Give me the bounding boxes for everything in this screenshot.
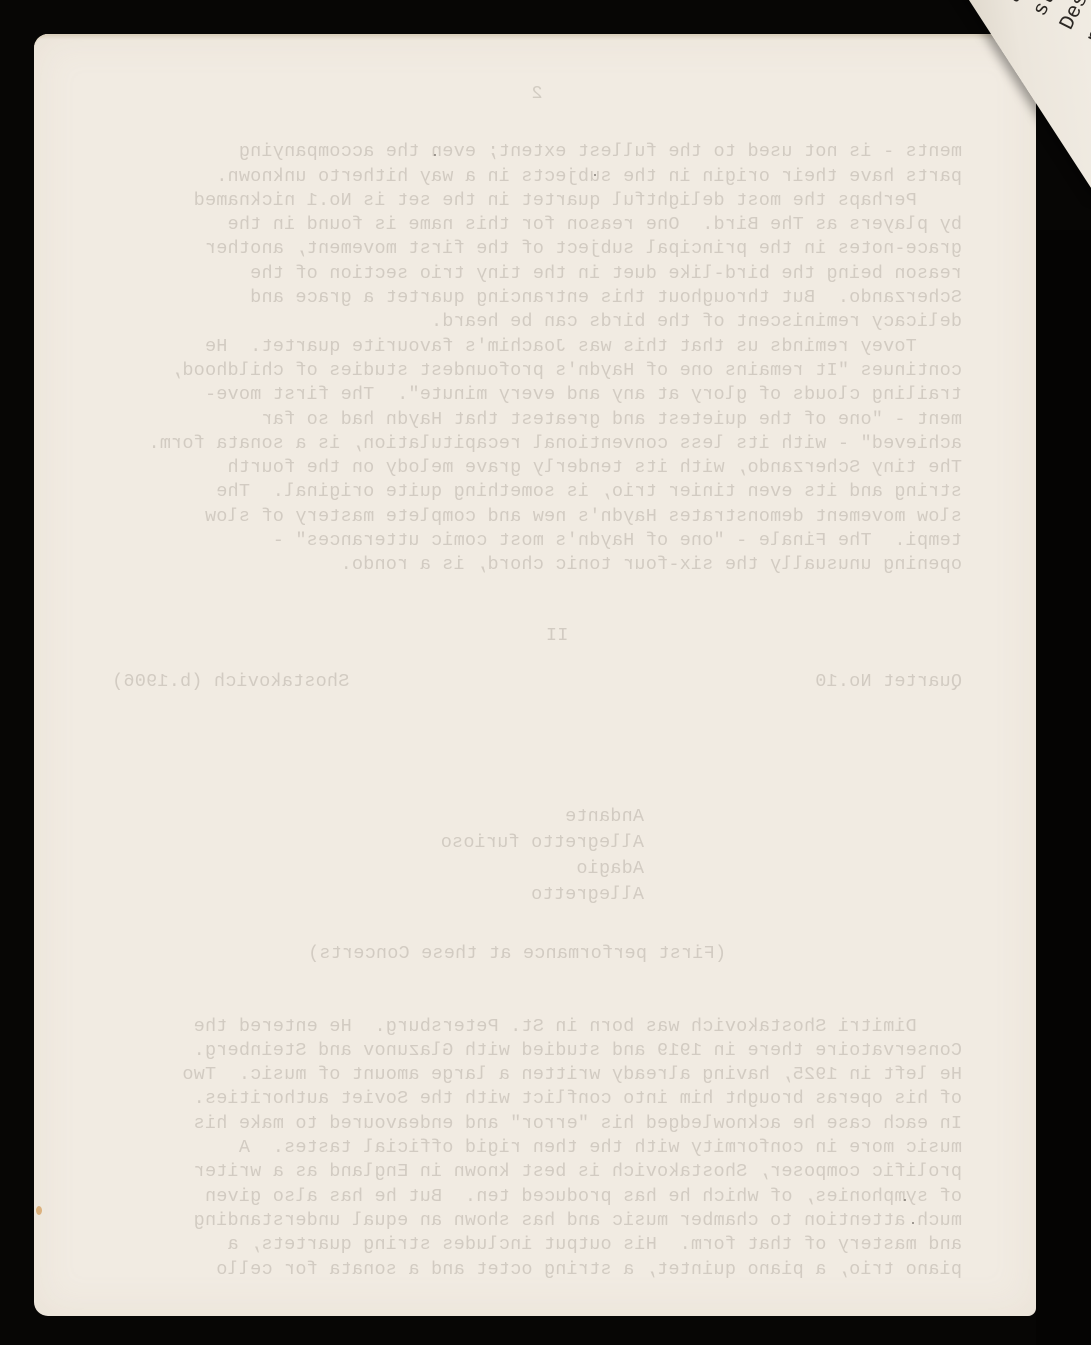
text-line: ment - "one of the quietest and greatest… bbox=[112, 408, 962, 432]
work-heading: Quartet No.10 Shostakovich (b.1906) bbox=[112, 670, 962, 694]
text-line: Perhaps the most delightful quartet in t… bbox=[112, 189, 962, 213]
text-line: prolific composer, Shostakovich is best … bbox=[112, 1160, 962, 1184]
text-line: Scherzando. But throughout this entranci… bbox=[112, 286, 962, 310]
text-line: Tovey reminds us that this was Joachim's… bbox=[112, 335, 962, 359]
text-line: and mastery of that form. His output inc… bbox=[112, 1233, 962, 1257]
text-line: He left in 1925, having already written … bbox=[112, 1063, 962, 1087]
text-line: reason being the bird-like duet in the t… bbox=[112, 262, 962, 286]
paper-speck bbox=[912, 1222, 914, 1224]
text-line: grace-notes in the principal subject of … bbox=[112, 237, 962, 261]
work-title: Quartet No.10 bbox=[815, 670, 962, 694]
paper-page: 2 ments - is not used to the fullest ext… bbox=[34, 34, 1036, 1316]
text-line: string and its even tinier trio, is some… bbox=[112, 480, 962, 504]
photo-background: 2 ments - is not used to the fullest ext… bbox=[0, 0, 1091, 1345]
text-line: piano trio, a piano quintet, a string oc… bbox=[112, 1258, 962, 1282]
text-line: music more in conformity with the then r… bbox=[112, 1136, 962, 1160]
text-line: slow movement demonstrates Haydn's new a… bbox=[112, 505, 962, 529]
movement-item: Allegretto furioso bbox=[112, 830, 644, 856]
text-line: opening unusually the six-four tonic cho… bbox=[112, 553, 962, 577]
text-line: of his operas brought him into conflict … bbox=[112, 1087, 962, 1111]
text-line: trailing clouds of glory at any and ever… bbox=[112, 383, 962, 407]
text-line: In each case he acknowledged his "error"… bbox=[112, 1112, 962, 1136]
text-line: Dimitri Shostakovich was born in St. Pet… bbox=[112, 1015, 962, 1039]
text-line: The tiny Scherzando, with its tenderly g… bbox=[112, 456, 962, 480]
page-number: 2 bbox=[112, 82, 962, 106]
section-number: II bbox=[112, 624, 962, 648]
text-line: achieved" - with its less conventional r… bbox=[112, 432, 962, 456]
background-edge bbox=[1036, 230, 1091, 1345]
paper-speck bbox=[904, 1199, 906, 1201]
text-line: Conservatoire there in 1919 and studied … bbox=[112, 1039, 962, 1063]
paper-speck bbox=[594, 174, 596, 176]
movement-list: Andante Allegretto furioso Adagio Allegr… bbox=[112, 804, 644, 908]
text-line: much attention to chamber music and has … bbox=[112, 1209, 962, 1233]
text-line: by players as The Bird. One reason for t… bbox=[112, 213, 962, 237]
movement-item: Andante bbox=[112, 804, 644, 830]
paragraph-haydn-bird: ments - is not used to the fullest exten… bbox=[112, 140, 962, 334]
performance-note: (First performance at these Concerts) bbox=[112, 942, 922, 966]
paragraph-shostakovich-bio: Dimitri Shostakovich was born in St. Pet… bbox=[112, 1015, 962, 1282]
movement-item: Allegretto bbox=[112, 882, 644, 908]
text-line: of symphonies, of which he has produced … bbox=[112, 1185, 962, 1209]
composer-name: Shostakovich (b.1906) bbox=[112, 670, 349, 694]
paragraph-tovey: Tovey reminds us that this was Joachim's… bbox=[112, 335, 962, 578]
text-line: ments - is not used to the fullest exten… bbox=[112, 140, 962, 164]
movement-item: Adagio bbox=[112, 856, 644, 882]
mirrored-showthrough-text: 2 ments - is not used to the fullest ext… bbox=[112, 82, 962, 1282]
text-line: parts have their origin in the subjects … bbox=[112, 165, 962, 189]
text-line: continues "It remains one of Haydn's pro… bbox=[112, 359, 962, 383]
paper-speck bbox=[434, 154, 436, 156]
paper-stain bbox=[36, 1206, 42, 1215]
text-line: tempi. The Finale - "one of Haydn's most… bbox=[112, 529, 962, 553]
text-line: delicacy reminiscent of the birds can be… bbox=[112, 310, 962, 334]
